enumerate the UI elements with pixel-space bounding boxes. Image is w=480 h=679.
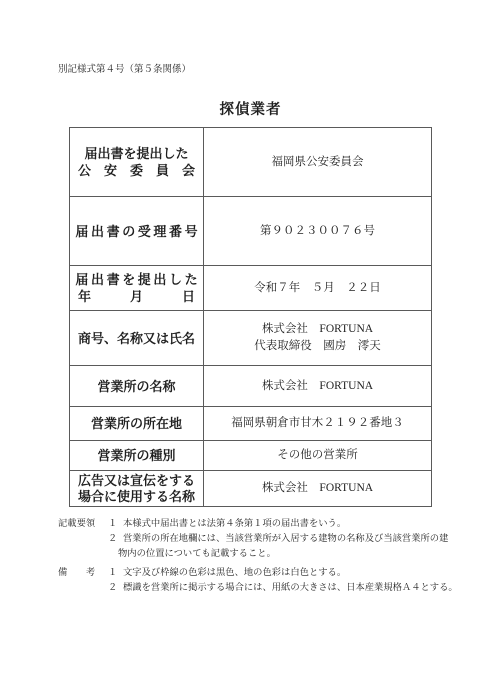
note-section-label (58, 581, 108, 596)
note-section-label: 記載要領 (58, 517, 108, 532)
value-text: 代表取締役 國房 澪天 (254, 338, 381, 355)
form-number: 別記様式第４号（第５条関係） (58, 64, 191, 76)
row-value-office-name: 株式会社 FORTUNA (204, 365, 431, 406)
note-row: ２ 標識を営業所に掲示する場合には、用紙の大きさは、日本産業規格Ａ４とする。 (58, 581, 442, 596)
value-text: 株式会社 FORTUNA (262, 480, 373, 497)
notes: 記載要領 １ 本様式中届出書とは法第４条第１項の届出書をいう。 ２ 営業所の所在… (58, 517, 442, 596)
registration-table: 届出書を提出した 公 安 委 員 会 福岡県公安委員会 届出書の受理番号 第９０… (69, 127, 432, 507)
page-title: 探偵業者 (69, 102, 432, 119)
row-value-public-safety-commission: 福岡県公安委員会 (204, 128, 431, 196)
label-text: 届出書を提出した (73, 271, 200, 288)
row-value-trade-name: 株式会社 FORTUNA 代表取締役 國房 澪天 (204, 310, 431, 365)
label-text: 商号、名称又は氏名 (78, 330, 195, 347)
row-label-office-type: 営業所の種別 (70, 440, 204, 470)
value-text: 第９０２３００７６号 (260, 223, 375, 240)
value-text: その他の営業所 (277, 447, 358, 464)
row-label-office-name: 営業所の名称 (70, 365, 204, 406)
value-text: 福岡県公安委員会 (272, 154, 364, 171)
row-value-receipt-number: 第９０２３００７６号 (204, 196, 431, 265)
note-row: 記載要領 １ 本様式中届出書とは法第４条第１項の届出書をいう。 (58, 517, 442, 532)
note-text: 標識を営業所に掲示する場合には、用紙の大きさは、日本産業規格Ａ４とする。 (123, 581, 458, 596)
note-number: ２ (108, 532, 123, 547)
note-number: １ (108, 517, 123, 532)
label-text: 場合に使用する名称 (78, 489, 195, 505)
row-value-office-type: その他の営業所 (204, 440, 431, 470)
label-text: 公 安 委 員 会 (78, 162, 195, 179)
row-value-advertising-name: 株式会社 FORTUNA (204, 470, 431, 506)
note-row: ２ 営業所の所在地欄には、当該営業所が入居する建物の名称及び当該営業所の建 (58, 532, 442, 547)
label-text: 営業所の所在地 (91, 415, 182, 432)
value-text: 令和７年 ５月 ２２日 (254, 280, 381, 297)
note-number: １ (108, 566, 123, 581)
note-section-label (58, 532, 108, 547)
label-text: 年 月 日 (78, 288, 195, 305)
row-label-public-safety-commission: 届出書を提出した 公 安 委 員 会 (70, 128, 204, 196)
note-number: ２ (108, 581, 123, 596)
row-label-receipt-number: 届出書の受理番号 (70, 196, 204, 265)
note-continuation: 物内の位置についても記載すること。 (118, 547, 442, 562)
row-label-advertising-name: 広告又は宣伝をする 場合に使用する名称 (70, 470, 204, 506)
row-label-office-address: 営業所の所在地 (70, 406, 204, 440)
note-section-label: 備 考 (58, 566, 108, 581)
value-text: 福岡県朝倉市甘木２１９２番地３ (231, 415, 404, 432)
label-text: 届出書を提出した (84, 145, 188, 162)
value-text: 株式会社 FORTUNA (262, 321, 373, 338)
note-text: 文字及び枠線の色彩は黒色、地の色彩は白色とする。 (123, 566, 442, 581)
note-text: 営業所の所在地欄には、当該営業所が入居する建物の名称及び当該営業所の建 (123, 532, 448, 547)
row-label-submission-date: 届出書を提出した 年 月 日 (70, 265, 204, 310)
detective-agency-notice-document: 別記様式第４号（第５条関係） 探偵業者 届出書を提出した 公 安 委 員 会 福… (0, 0, 480, 679)
label-text: 営業所の種別 (97, 447, 175, 464)
label-text: 広告又は宣伝をする (78, 473, 195, 489)
row-label-trade-name: 商号、名称又は氏名 (70, 310, 204, 365)
value-text: 株式会社 FORTUNA (262, 378, 373, 395)
row-value-office-address: 福岡県朝倉市甘木２１９２番地３ (204, 406, 431, 440)
label-text: 届出書の受理番号 (73, 223, 200, 240)
label-text: 営業所の名称 (97, 378, 175, 395)
note-row: 備 考 １ 文字及び枠線の色彩は黒色、地の色彩は白色とする。 (58, 566, 442, 581)
row-value-submission-date: 令和７年 ５月 ２２日 (204, 265, 431, 310)
note-text: 本様式中届出書とは法第４条第１項の届出書をいう。 (123, 517, 442, 532)
